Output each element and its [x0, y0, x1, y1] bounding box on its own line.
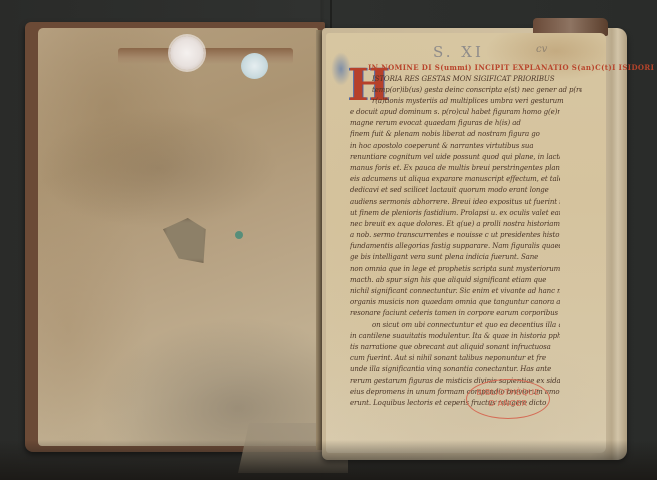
folio-number: cv [536, 44, 547, 55]
text-line: tis narratione que obrecant aut aliquid … [350, 342, 560, 353]
text-line: in hoc apostolo coeperunt & narrantes vi… [350, 141, 560, 152]
white-seal-icon [170, 36, 204, 70]
text-line: dedicavi et sed scilicet lactauit quorum… [350, 185, 560, 196]
text-line: unde illa significantia vinq sonantia co… [350, 364, 560, 375]
manuscript-text: ISTORIA RES GESTAS MON SIGIFICAT PRIORIB… [372, 74, 582, 108]
text-line: r(a)tionis mysteriis ad multiplices umbr… [372, 96, 582, 107]
text-line: nichil significant connectuntur. Sic eni… [350, 286, 560, 297]
blue-seal-icon [241, 53, 268, 79]
text-line: macth. ab spur sign his que aliquid sign… [350, 275, 560, 286]
text-line: fundamentis allegorias fastig supparare.… [350, 241, 560, 252]
text-line: on sicut om ubi connectuntur et quo ea d… [350, 320, 560, 331]
text-line: a nob. sermo transcurrentes e nouisse c … [350, 230, 560, 241]
text-line: manus foris et. Ex pauca de multis breui… [350, 163, 560, 174]
text-line: eis adcumens ut aliqua exparare manuscri… [350, 174, 560, 185]
text-line: resonare faciunt ceteris tamen in corpor… [350, 308, 560, 319]
manuscript-photo: S. XI cv H IN NOMINE DI S(ummi) INCIPIT … [0, 0, 657, 480]
text-line: ut finem de plenioris fastidium. Prolaps… [350, 208, 560, 219]
text-line: in cantilene suauitatis modulentur. Ita … [350, 331, 560, 342]
text-line: ISTORIA RES GESTAS MON SIGIFICAT PRIORIB… [372, 74, 582, 85]
manuscript-text-body: e docuit apud dominum s. p(ro)cul habet … [350, 107, 560, 409]
rubric-title: IN NOMINE DI S(ummi) INCIPIT EXPLANATIO … [368, 63, 654, 72]
green-stain [235, 231, 243, 239]
text-line: audiens sermonis abhorrere. Breui ideo e… [350, 197, 560, 208]
text-line: non omnia que in lege et prophetis scrip… [350, 264, 560, 275]
stamp-line-1: BIBLIOTHÈQUE [467, 387, 549, 398]
shelfmark-header: S. XI [433, 43, 484, 61]
stamp-line-2: D'ANGER [467, 398, 549, 409]
library-stamp: BIBLIOTHÈQUE D'ANGER [466, 379, 550, 419]
text-line: magne rerum evocat quaedam figuras de h(… [350, 118, 560, 129]
text-line: finem fuit & plenam nobis liberat ad nos… [350, 129, 560, 140]
text-line: ge bis intelligant vera sunt plena indic… [350, 252, 560, 263]
text-line: nec breuit ex aque dolores. Et q(ue) a p… [350, 219, 560, 230]
illuminated-initial: H [348, 62, 370, 110]
text-line: e docuit apud dominum s. p(ro)cul habet … [350, 107, 560, 118]
text-line: organis musicis non quaedam omnia que ta… [350, 297, 560, 308]
text-line: cum fuerint. Aut si nihil sonant talibus… [350, 353, 560, 364]
text-line: renuntiare cognitum vel uide possunt quo… [350, 152, 560, 163]
text-line: temp(or)ib(us) gesta deinc conscripta e(… [372, 85, 582, 96]
